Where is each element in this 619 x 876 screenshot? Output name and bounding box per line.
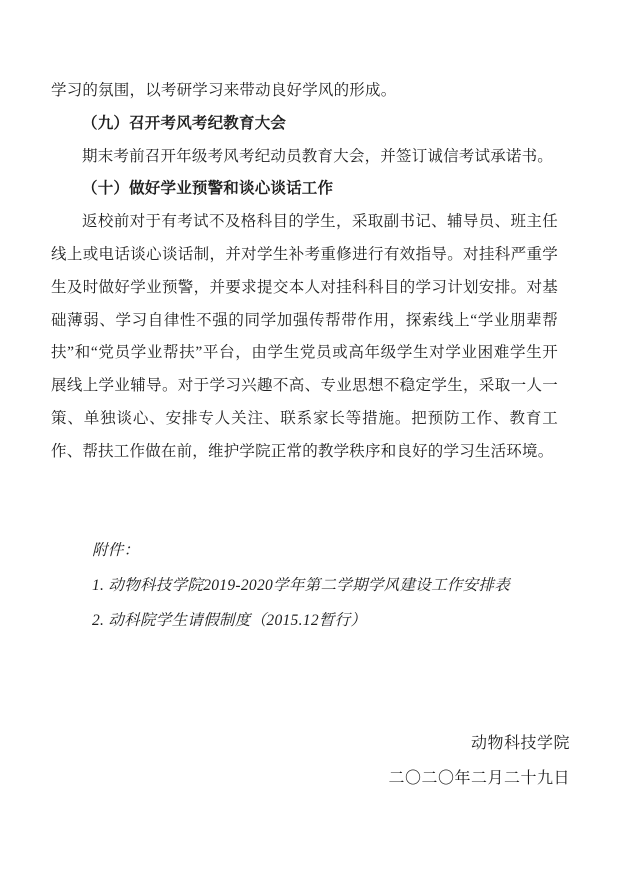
signature-block: 动物科技学院 二〇二〇年二月二十九日 <box>51 726 570 796</box>
attachment-item-2: 2. 动科院学生请假制度（2015.12暂行） <box>92 603 558 638</box>
paragraph-continuation: 学习的氛围，以考研学习来带动良好学风的形成。 <box>51 75 558 108</box>
section-nine-heading: （九）召开考风考纪教育大会 <box>51 108 558 141</box>
section-ten-paragraph: 返校前对于有考试不及格科目的学生，采取副书记、辅导员、班主任线上或电话谈心谈话制… <box>51 206 558 468</box>
attachments-block: 附件： 1. 动物科技学院2019-2020学年第二学期学风建设工作安排表 2.… <box>92 533 558 638</box>
section-nine-paragraph: 期末考前召开年级考风考纪动员教育大会，并签订诚信考试承诺书。 <box>51 141 558 174</box>
document-page: 学习的氛围，以考研学习来带动良好学风的形成。 （九）召开考风考纪教育大会 期末考… <box>0 0 619 876</box>
signature-organization: 动物科技学院 <box>51 726 570 761</box>
document-content: 学习的氛围，以考研学习来带动良好学风的形成。 （九）召开考风考纪教育大会 期末考… <box>51 75 558 796</box>
section-ten-heading: （十）做好学业预警和谈心谈话工作 <box>51 173 558 206</box>
attachment-item-1: 1. 动物科技学院2019-2020学年第二学期学风建设工作安排表 <box>92 568 558 603</box>
attachments-label: 附件： <box>92 533 558 568</box>
signature-date: 二〇二〇年二月二十九日 <box>51 761 570 796</box>
